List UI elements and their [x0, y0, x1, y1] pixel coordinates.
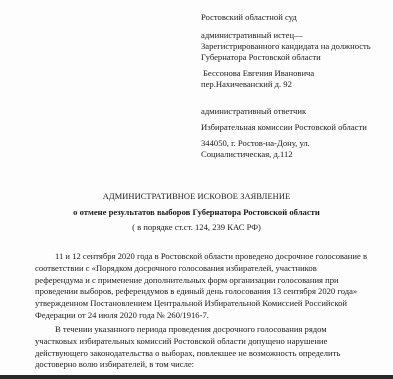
paragraph-line: утвержденном Постановлением Центральной …: [35, 298, 347, 310]
defendant-address-line-2: Социалистическая, д.112: [201, 149, 293, 160]
paragraph-line: участковых избирательных комиссий Ростов…: [35, 336, 347, 348]
plaintiff-description-line-2: Губернатора Ростовской области: [201, 52, 321, 63]
plaintiff-description-line-1: Зарегистрированного кандидата на должнос…: [201, 41, 371, 52]
document-subject: о отмене результатов выборов Губернатора…: [0, 207, 393, 218]
court-name: Ростовский областной суд: [201, 12, 297, 23]
paragraph-2: В течении указанного периода проведения …: [35, 324, 347, 371]
defendant-name: Избирательная комиссии Ростовской област…: [201, 122, 367, 133]
paragraph-line: достоверно волю избирателей, в том числе…: [35, 359, 347, 371]
plaintiff-address: пер.Нахичеванский д. 92: [201, 79, 292, 90]
paragraph-line: соответствии с «Порядком досрочного голо…: [35, 263, 347, 275]
legal-basis: ( в порядке ст.ст. 124, 239 КАС РФ): [0, 222, 393, 233]
document-page: Ростовский областной суд административны…: [0, 0, 393, 375]
paragraph-line: проведении выборов, референдумов в едины…: [35, 286, 347, 298]
paragraph-line: 11 и 12 сентября 2020 года в Ростовской …: [35, 251, 347, 263]
paragraph-line: Федерации от 24 июля 2020 года № 260/191…: [35, 310, 347, 322]
paragraph-line: В течении указанного периода проведения …: [35, 324, 347, 336]
document-title: АДМИНИСТРАТИВНОЕ ИСКОВОЕ ЗАЯВЛЕНИЕ: [0, 192, 393, 203]
paragraph-line: действующего законодательства о выборах,…: [35, 348, 347, 360]
defendant-label: административный ответчик: [201, 106, 306, 117]
plaintiff-label: административный истец—: [201, 30, 303, 41]
paragraph-1: 11 и 12 сентября 2020 года в Ростовской …: [35, 251, 347, 322]
paragraph-line: референдума и с применение дополнительны…: [35, 275, 347, 287]
page-bottom-edge: [0, 375, 393, 379]
plaintiff-name: Бессонова Евгения Ивановича: [203, 68, 314, 79]
defendant-address-line-1: 344050, г. Ростов-на-Дону, ул.: [201, 138, 310, 149]
